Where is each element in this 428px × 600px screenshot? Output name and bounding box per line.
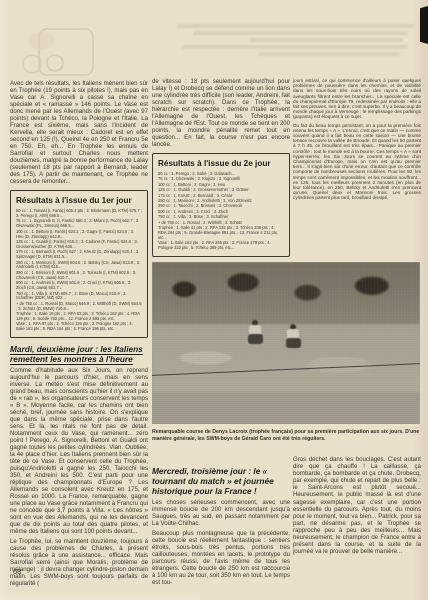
heading-mercredi: Mercredi, troisième jour : le « tournant…: [152, 466, 290, 496]
watermark-wheel-icon: [46, 54, 64, 72]
trophee-paragraph: Le Trophée, lui, se maintient douzième, …: [10, 538, 148, 587]
results-day2-box: Résultats à l'issue du 2e jour 50 cc : 1…: [152, 153, 290, 257]
mercredi-paragraph-1: Les choses sérieuses commencent, avec un…: [152, 499, 290, 527]
right-paragraph-1: jours estival, ce qui commence d'ailleur…: [293, 78, 421, 120]
result-line: Trophée : 1. Italie 41 pts ; 2. RFA 132 …: [158, 226, 284, 241]
result-line: 750 cc : 1. Villa (I, KTM) 608.7 ; 2. Bü…: [16, 292, 142, 302]
result-line: 250 cc : 1. Marinoni (I, SWM) 604.5 ; 2.…: [16, 261, 142, 271]
middle-column-bottom: Mercredi, troisième jour : le « tournant…: [152, 460, 290, 589]
heading-mardi: Mardi, deuxième jour : les Italiens reme…: [10, 344, 148, 364]
middle-column: de vitesse : 18 pts seulement aujourd'hu…: [152, 78, 290, 257]
result-line: Vase : 1. RFA 97 pts ; 2. Tchéco 136 pts…: [16, 322, 142, 332]
watermark-motorcycle-sketch: [20, 28, 94, 76]
watermark-rider-shape: [28, 32, 54, 50]
right-paragraph-2: Du fait du beau temps persistant, on a p…: [293, 123, 421, 201]
mardi-paragraph: Comme d'habitude aux Six Jours, on repre…: [10, 367, 148, 535]
photo-caption: Remarquable course de Denys Lacroix (tro…: [152, 429, 420, 442]
race-photo: [152, 262, 420, 424]
right-paragraph-3: Gros déchet dans les bouclages. C'est au…: [293, 456, 421, 555]
result-line: 175 cc : 1. Bernardi (I, Puch) 627 ; 2. …: [16, 250, 142, 260]
result-line: 100 cc : 1. Bettoni (I, Fantic) 624.2 ; …: [16, 230, 142, 240]
page-number: 68: [13, 567, 21, 576]
result-line: 75 cc : 1. Signorelli G. (I, Fantic) 660…: [16, 219, 142, 229]
results-day2-title: Résultats à l'issue du 2e jour: [158, 159, 284, 168]
result-line: 500 cc : 1. Andreini (I, SWM) 601.8 ; 2.…: [16, 281, 142, 291]
left-column: Avec de tels résultats, les Italiens mèn…: [10, 80, 148, 590]
page-corner-tab: [420, 6, 428, 44]
result-line: Vase : 1. Italie 163 pts ; 2. RFA 265 pt…: [158, 241, 284, 251]
vitesse-paragraph: de vitesse : 18 pts seulement aujourd'hu…: [152, 78, 290, 148]
watermark-wheel-icon: [22, 54, 42, 74]
photo-grain: [152, 262, 420, 424]
results-day1-title: Résultats à l'issue du 1er jour: [16, 196, 142, 205]
intro-paragraph: Avec de tels résultats, les Italiens mèn…: [10, 80, 148, 185]
results-day1-box: Résultats à l'issue du 1er jour 50 cc : …: [10, 190, 148, 338]
right-column: jours estival, ce qui commence d'ailleur…: [293, 78, 421, 204]
right-column-bottom: Gros déchet dans les bouclages. C'est au…: [293, 456, 421, 558]
show-through-text: [162, 24, 418, 68]
magazine-page: Avec de tels résultats, les Italiens mèn…: [0, 0, 428, 600]
mercredi-paragraph-2: Beaucoup plus montagneuse que la précéde…: [152, 530, 290, 586]
